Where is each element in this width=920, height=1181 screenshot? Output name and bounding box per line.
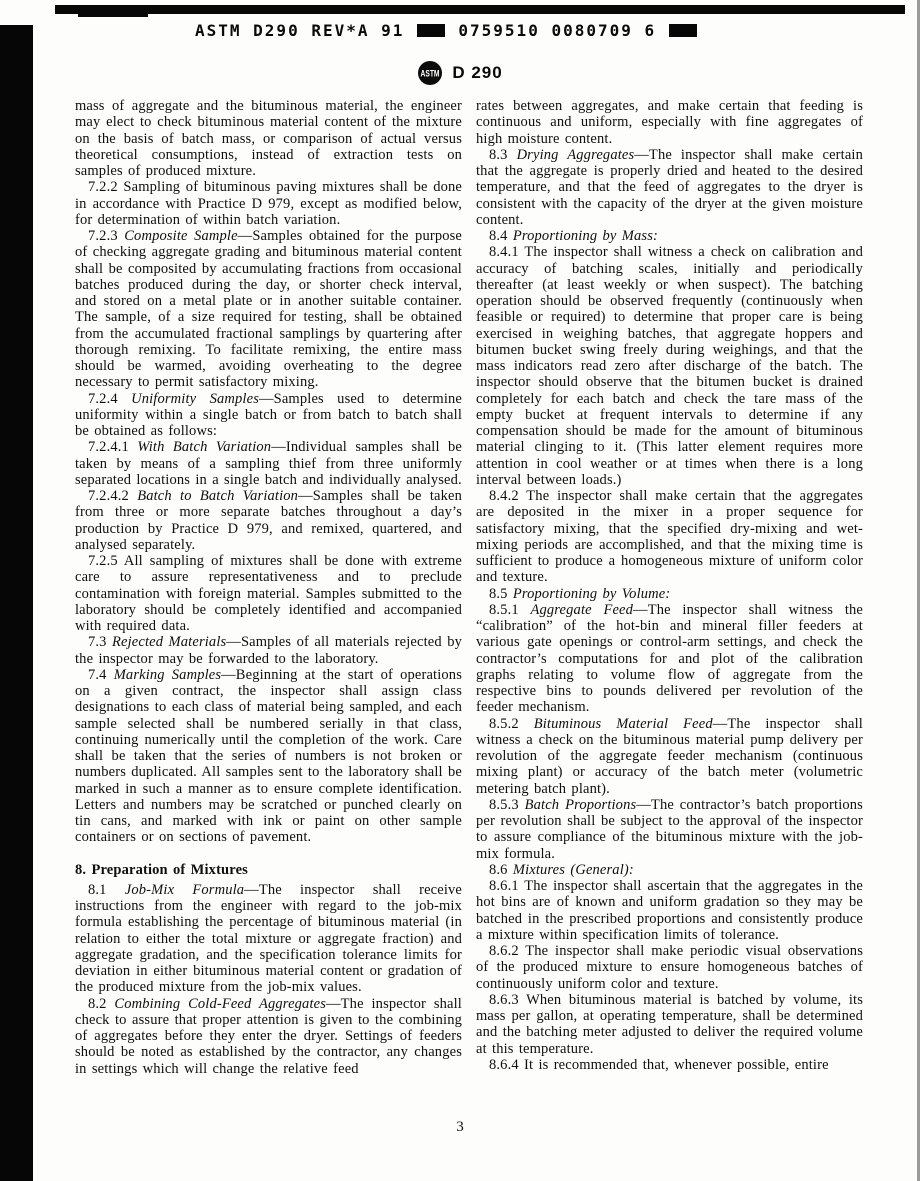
text-run: 8.6.1 The inspector shall ascertain that… bbox=[476, 878, 863, 943]
astm-logo-text: ASTM bbox=[421, 69, 440, 79]
text-run: 8.5.3 bbox=[489, 797, 525, 813]
text-run: —Beginning at the start of operations on… bbox=[75, 667, 462, 846]
text-run: 7.2.5 All sampling of mixtures shall be … bbox=[75, 553, 462, 634]
paragraph: 8.2 Combining Cold-Feed Aggregates—The i… bbox=[75, 996, 462, 1077]
scan-artifact bbox=[78, 14, 148, 17]
body-columns: mass of aggregate and the bituminous mat… bbox=[75, 98, 863, 1077]
text-run: Drying Aggregates bbox=[517, 147, 635, 163]
text-run: 7.2.2 Sampling of bituminous paving mixt… bbox=[75, 179, 462, 228]
text-run: 8.5.2 bbox=[489, 716, 534, 732]
text-run: 7.3 bbox=[88, 634, 112, 650]
text-run: Composite Sample bbox=[124, 228, 237, 244]
scan-header-code: 0759510 0080709 6 bbox=[458, 21, 656, 40]
text-run: Aggregate Feed bbox=[531, 602, 634, 618]
text-run: mass of aggregate and the bituminous mat… bbox=[75, 98, 462, 179]
text-run: 8.4.1 The inspector shall witness a chec… bbox=[476, 244, 863, 488]
paragraph: 8.5.2 Bituminous Material Feed—The inspe… bbox=[476, 716, 863, 797]
paragraph: 8.4.1 The inspector shall witness a chec… bbox=[476, 244, 863, 488]
text-run: —The inspector shall witness the “calibr… bbox=[476, 602, 863, 716]
paragraph: 8.5 Proportioning by Volume: bbox=[476, 586, 863, 602]
paragraph: rates between aggregates, and make certa… bbox=[476, 98, 863, 147]
text-run: Uniformity Samples bbox=[131, 391, 259, 407]
text-run: Rejected Materials bbox=[112, 634, 226, 650]
section-heading: 8. Preparation of Mixtures bbox=[75, 862, 462, 878]
paragraph: 8.3 Drying Aggregates—The inspector shal… bbox=[476, 147, 863, 228]
text-run: Batch Proportions bbox=[525, 797, 637, 813]
text-run: 8.5.1 bbox=[489, 602, 531, 618]
paragraph: 7.3 Rejected Materials—Samples of all ma… bbox=[75, 634, 462, 667]
text-run: 8.4.2 The inspector shall make certain t… bbox=[476, 488, 863, 585]
paragraph: 7.2.4.2 Batch to Batch Variation—Samples… bbox=[75, 488, 462, 553]
text-run: rates between aggregates, and make certa… bbox=[476, 98, 863, 147]
astm-logo-icon: ASTM bbox=[417, 60, 443, 86]
paragraph: 7.2.3 Composite Sample—Samples obtained … bbox=[75, 228, 462, 391]
text-run: Combining Cold-Feed Aggregates bbox=[114, 996, 326, 1012]
text-run: 8.6 bbox=[489, 862, 513, 878]
text-run: 7.2.4.2 bbox=[88, 488, 137, 504]
text-run: 8. Preparation of Mixtures bbox=[75, 862, 248, 878]
filled-block-icon bbox=[417, 24, 445, 37]
paragraph: mass of aggregate and the bituminous mat… bbox=[75, 98, 462, 179]
text-run: 8.4 bbox=[489, 228, 513, 244]
paragraph: 7.2.2 Sampling of bituminous paving mixt… bbox=[75, 179, 462, 228]
page-number: 3 bbox=[0, 1119, 920, 1136]
left-column: mass of aggregate and the bituminous mat… bbox=[75, 98, 462, 1077]
text-run: Proportioning by Volume: bbox=[513, 586, 671, 602]
paragraph: 8.4.2 The inspector shall make certain t… bbox=[476, 488, 863, 586]
text-run: Bituminous Material Feed bbox=[534, 716, 713, 732]
paragraph: 8.6.1 The inspector shall ascertain that… bbox=[476, 878, 863, 943]
scan-edge-top bbox=[55, 5, 905, 14]
text-run: 8.3 bbox=[489, 147, 517, 163]
scan-header-line: ASTM D290 REV*A 91 0759510 0080709 6 bbox=[195, 21, 697, 40]
paragraph: 8.4 Proportioning by Mass: bbox=[476, 228, 863, 244]
text-run: 8.6.4 It is recommended that, whenever p… bbox=[489, 1057, 829, 1073]
paragraph: 8.5.1 Aggregate Feed—The inspector shall… bbox=[476, 602, 863, 716]
text-run: 7.2.4 bbox=[88, 391, 131, 407]
paragraph: 7.4 Marking Samples—Beginning at the sta… bbox=[75, 667, 462, 846]
doc-code: D 290 bbox=[452, 63, 502, 83]
text-run: Job-Mix Formula bbox=[125, 882, 244, 898]
scan-edge-left bbox=[0, 25, 33, 1181]
text-run: Batch to Batch Variation bbox=[137, 488, 298, 504]
text-run: 8.2 bbox=[88, 996, 114, 1012]
right-column: rates between aggregates, and make certa… bbox=[476, 98, 863, 1077]
text-run: Mixtures (General): bbox=[513, 862, 634, 878]
paragraph: 7.2.4 Uniformity Samples—Samples used to… bbox=[75, 391, 462, 440]
text-run: 8.6.2 The inspector shall make periodic … bbox=[476, 943, 863, 992]
paragraph: 8.1 Job-Mix Formula—The inspector shall … bbox=[75, 882, 462, 996]
text-run: Proportioning by Mass: bbox=[513, 228, 658, 244]
paragraph: 7.2.4.1 With Batch Variation—Individual … bbox=[75, 439, 462, 488]
text-run: —Samples obtained for the purpose of che… bbox=[75, 228, 462, 390]
text-run: 8.1 bbox=[88, 882, 125, 898]
paragraph: 8.5.3 Batch Proportions—The contractor’s… bbox=[476, 797, 863, 862]
paragraph: 8.6 Mixtures (General): bbox=[476, 862, 863, 878]
scan-header-text: ASTM D290 REV*A 91 bbox=[195, 21, 404, 40]
text-run: With Batch Variation bbox=[137, 439, 271, 455]
document-page: ASTM D290 REV*A 91 0759510 0080709 6 AST… bbox=[0, 0, 920, 1181]
text-run: 8.6.3 When bituminous material is batche… bbox=[476, 992, 863, 1057]
text-run: 7.2.4.1 bbox=[88, 439, 137, 455]
text-run: 8.5 bbox=[489, 586, 513, 602]
paragraph: 7.2.5 All sampling of mixtures shall be … bbox=[75, 553, 462, 634]
paragraph: 8.6.2 The inspector shall make periodic … bbox=[476, 943, 863, 992]
text-run: 7.4 bbox=[88, 667, 114, 683]
paragraph: 8.6.3 When bituminous material is batche… bbox=[476, 992, 863, 1057]
text-run: Marking Samples bbox=[114, 667, 221, 683]
paragraph: 8.6.4 It is recommended that, whenever p… bbox=[476, 1057, 863, 1073]
text-run: —The inspector shall receive instruction… bbox=[75, 882, 462, 996]
filled-block-icon bbox=[669, 24, 697, 37]
document-header: ASTM D 290 bbox=[0, 60, 920, 86]
text-run: 7.2.3 bbox=[88, 228, 124, 244]
